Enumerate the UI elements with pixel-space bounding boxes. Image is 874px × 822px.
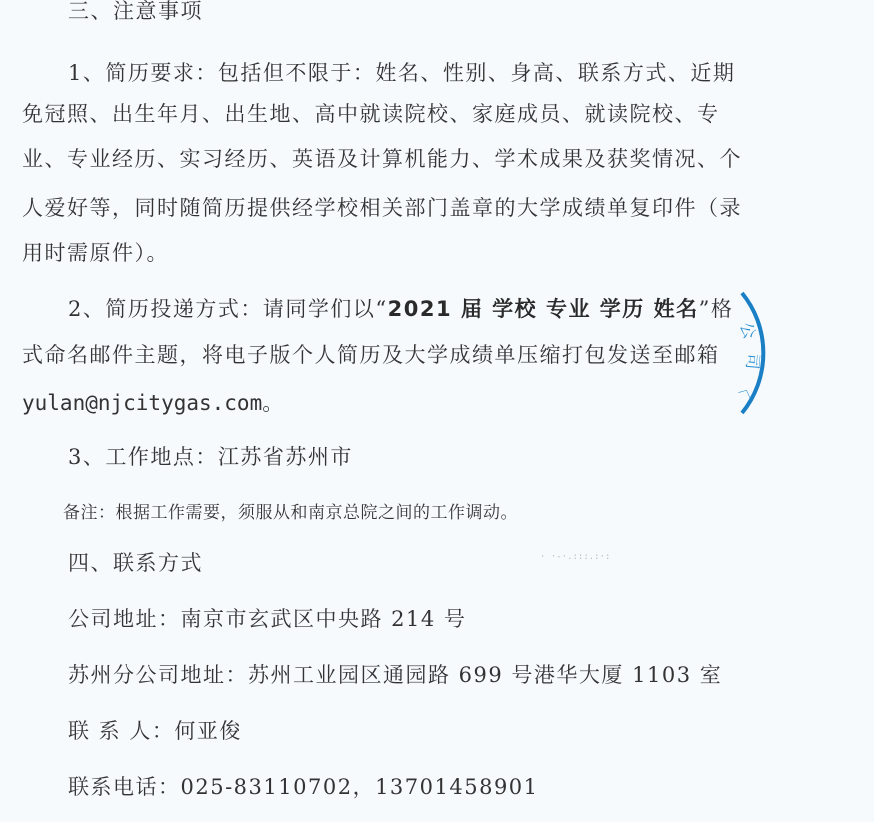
section4-heading: 四、联系方式 [68, 550, 203, 576]
item1-line-4: 人爱好等，同时随简历提供经学校相关部门盖章的大学成绩单复印件（录 [22, 195, 742, 221]
item1-line-5: 用时需原件）。 [22, 240, 169, 266]
company-seal-stamp: 公 司 〈 [690, 285, 780, 420]
section3-heading: 三、注意事项 [68, 0, 203, 24]
item2-line-2: 式命名邮件主题，将电子版个人简历及大学成绩单压缩打包发送至邮箱 [22, 342, 720, 368]
item2-line-3: yulan@njcitygas.com。 [22, 390, 285, 416]
item1-line-1: 1、简历要求：包括但不限于：姓名、性别、身高、联系方式、近期 [68, 60, 735, 86]
item1-line-2: 免冠照、出生年月、出生地、高中就读院校、家庭成员、就读院校、专 [22, 101, 720, 127]
item1-line-3: 业、专业经历、实习经历、英语及计算机能力、学术成果及获奖情况、个 [22, 146, 742, 172]
item2-prefix: 2、简历投递方式：请同学们以“ [68, 297, 388, 321]
item2-line-1: 2、简历投递方式：请同学们以“2021 届 学校 专业 学历 姓名”格 [68, 296, 733, 322]
svg-text:公: 公 [736, 320, 759, 342]
item3-work-location: 3、工作地点：江苏省苏州市 [68, 444, 353, 470]
suzhou-branch-address: 苏州分公司地址：苏州工业园区通园路 699 号港华大厦 1103 室 [68, 662, 722, 688]
email-address[interactable]: yulan@njcitygas.com [22, 391, 262, 415]
scan-artifact: · ·-·.:::.:·: [540, 552, 610, 562]
seal-icon: 公 司 〈 [690, 285, 780, 420]
email-subject-format: 2021 届 学校 专业 学历 姓名 [388, 297, 699, 321]
company-address: 公司地址：南京市玄武区中央路 214 号 [68, 606, 466, 632]
note: 备注：根据工作需要，须服从和南京总院之间的工作调动。 [63, 500, 518, 526]
email-period: 。 [262, 391, 285, 415]
contact-person: 联 系 人：何亚俊 [68, 718, 242, 744]
svg-text:司: 司 [743, 353, 763, 371]
contact-phone: 联系电话：025-83110702，13701458901 [68, 774, 539, 800]
